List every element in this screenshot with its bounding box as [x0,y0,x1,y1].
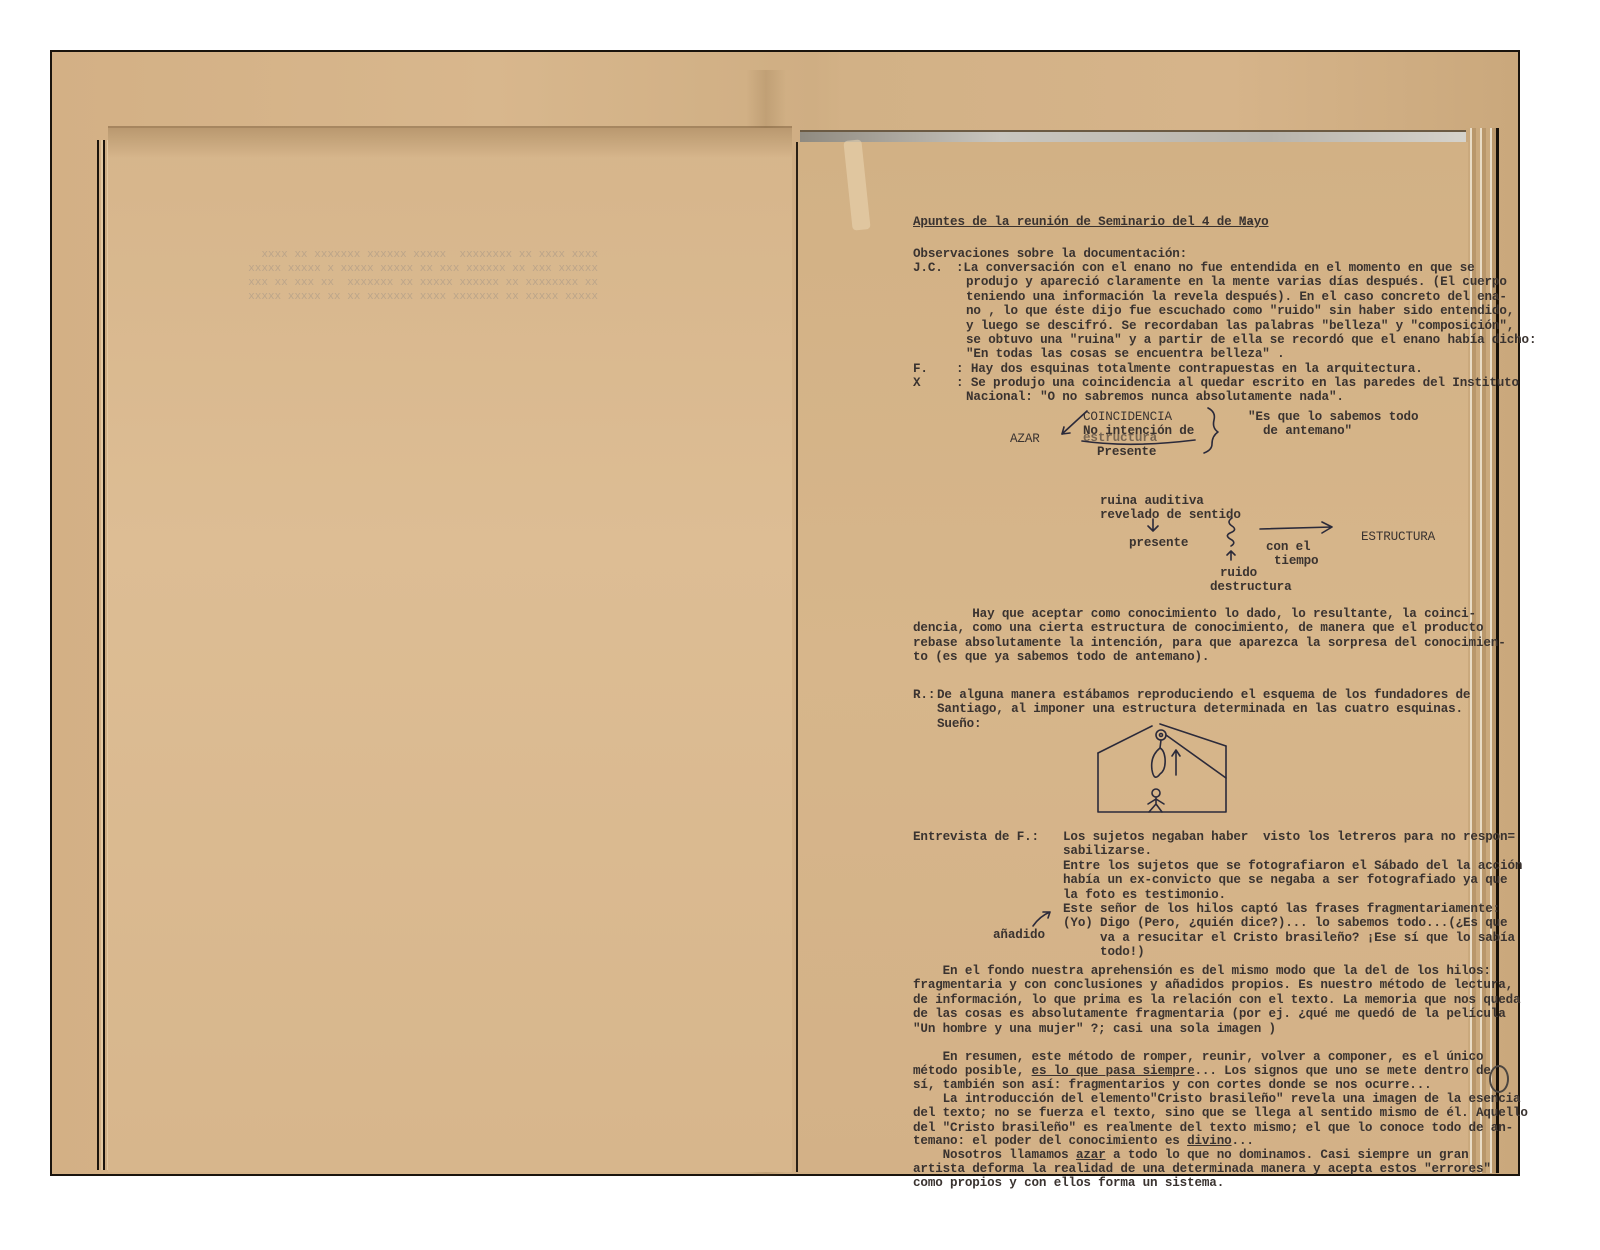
down-arrow-icon [1148,519,1158,531]
up-arrow-icon [1227,551,1235,560]
brace-icon [1204,408,1218,453]
curved-arrow-icon [1033,912,1050,926]
house-sketch-icon [1098,724,1226,812]
underline-curve [1082,440,1195,444]
handwritten-annotations [0,0,1600,1250]
squiggle-icon [1227,518,1234,546]
long-arrow-icon [1260,522,1332,533]
arrow-to-azar-icon [1062,411,1087,434]
